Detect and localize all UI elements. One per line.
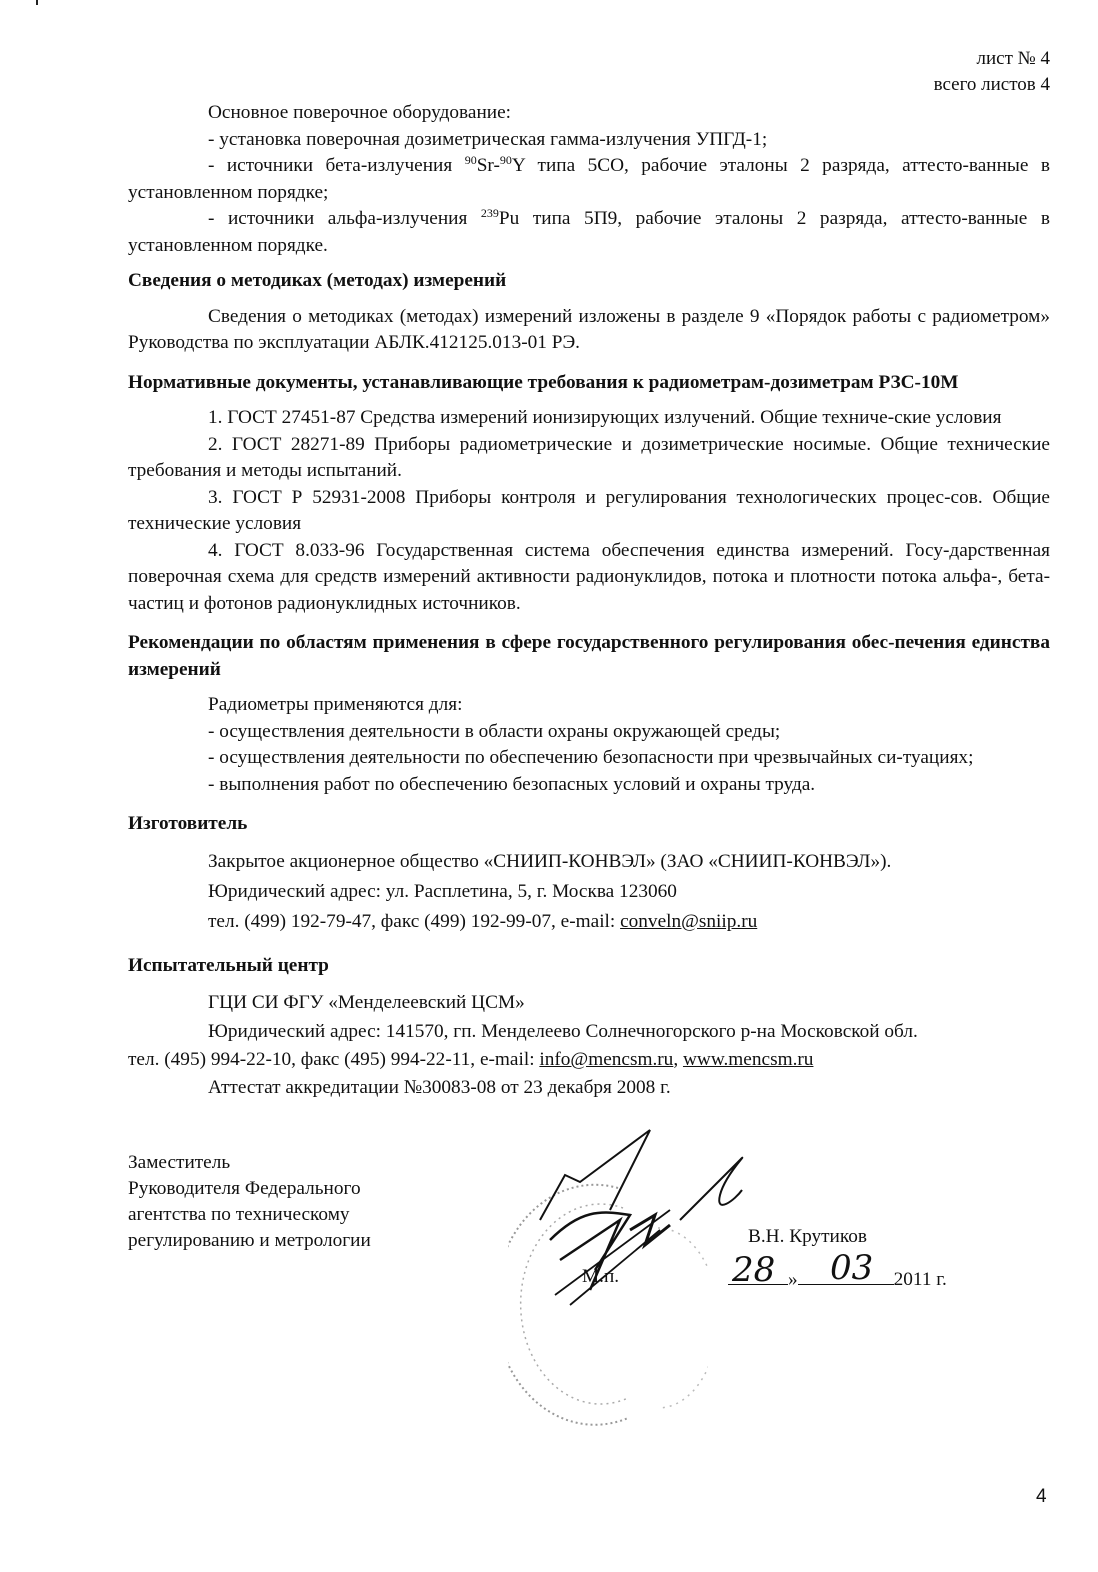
- methods-text: Сведения о методиках (методах) измерений…: [128, 304, 1050, 357]
- manufacturer-phones: тел. (499) 192-79-47, факс (499) 192-99-…: [208, 911, 620, 932]
- equipment-item-3-pre: - источники альфа-излучения: [208, 208, 481, 229]
- equipment-item-2-pre: - источники бета-излучения: [208, 155, 465, 176]
- equipment-title: Основное поверочное оборудование:: [128, 100, 1050, 127]
- norm-item-1: 1. ГОСТ 27451-87 Средства измерений иони…: [128, 405, 1050, 432]
- manufacturer-email-link[interactable]: conveln@sniip.ru: [620, 911, 757, 932]
- norm-item-4: 4. ГОСТ 8.033-96 Государственная система…: [128, 538, 1050, 618]
- manufacturer-heading: Изготовитель: [128, 811, 1050, 838]
- equipment-item-2: - источники бета-излучения 90Sr-90Y типа…: [128, 153, 1050, 206]
- test-center-contacts: тел. (495) 994-22-10, факс (495) 994-22-…: [128, 1046, 1050, 1074]
- handwritten-day: 28: [732, 1250, 775, 1290]
- document-page: лист № 4 всего листов 4 Основное повероч…: [0, 0, 1098, 1572]
- handwritten-month: 03: [830, 1248, 873, 1288]
- sheet-total: всего листов 4: [934, 72, 1050, 98]
- recommendations-intro: Радиометры применяются для:: [128, 692, 1050, 719]
- test-center-accreditation: Аттестат аккредитации №30083-08 от 23 де…: [128, 1074, 1050, 1102]
- position-line-3: агентства по техническому: [128, 1202, 371, 1228]
- signatory-name: В.Н. Крутиков: [748, 1226, 867, 1248]
- recommendations-heading: Рекомендации по областям применения в сф…: [128, 630, 1050, 683]
- equipment-item-1: - установка поверочная дозиметрическая г…: [128, 127, 1050, 154]
- recommendation-item-2: - осуществления деятельности по обеспече…: [128, 745, 1050, 772]
- recommendation-item-1: - осуществления деятельности в области о…: [128, 719, 1050, 746]
- position-line-1: Заместитель: [128, 1150, 371, 1176]
- manufacturer-name: Закрытое акционерное общество «СНИИП-КОН…: [128, 847, 1050, 877]
- stamp-place-label: М.п.: [582, 1266, 619, 1288]
- manufacturer-contacts: тел. (499) 192-79-47, факс (499) 192-99-…: [128, 907, 1050, 937]
- quote-close: »: [788, 1269, 798, 1290]
- test-center-address: Юридический адрес: 141570, гп. Менделеев…: [128, 1018, 1050, 1046]
- isotope-mass-pu: 239: [481, 206, 499, 220]
- methods-heading: Сведения о методиках (методах) измерений: [128, 268, 1050, 295]
- sheet-number: лист № 4: [976, 46, 1050, 72]
- test-center-email-link[interactable]: info@mencsm.ru: [539, 1049, 673, 1070]
- document-body: Основное поверочное оборудование: - уста…: [128, 100, 1050, 1102]
- isotope-sr: Sr-: [477, 155, 500, 176]
- norms-heading: Нормативные документы, устанавливающие т…: [128, 370, 1050, 397]
- isotope-mass-y: 90: [500, 153, 512, 167]
- position-line-4: регулированию и метрологии: [128, 1228, 371, 1254]
- test-center-heading: Испытательный центр: [128, 953, 1050, 980]
- page-number: 4: [1036, 1486, 1047, 1508]
- signature-year: 2011 г.: [894, 1269, 947, 1290]
- signatory-position: Заместитель Руководителя Федерального аг…: [128, 1150, 371, 1254]
- isotope-mass-sr: 90: [465, 153, 477, 167]
- separator: ,: [673, 1049, 683, 1070]
- position-line-2: Руководителя Федерального: [128, 1176, 371, 1202]
- equipment-item-3: - источники альфа-излучения 239Pu типа 5…: [128, 206, 1050, 259]
- norm-item-2: 2. ГОСТ 28271-89 Приборы радиометрически…: [128, 432, 1050, 485]
- test-center-website-link[interactable]: www.mencsm.ru: [683, 1049, 813, 1070]
- signature-icon: [520, 1120, 760, 1320]
- recommendation-item-3: - выполнения работ по обеспечению безопа…: [128, 772, 1050, 799]
- test-center-phones: тел. (495) 994-22-10, факс (495) 994-22-…: [128, 1049, 539, 1070]
- manufacturer-address: Юридический адрес: ул. Расплетина, 5, г.…: [128, 877, 1050, 907]
- test-center-name: ГЦИ СИ ФГУ «Менделеевский ЦСМ»: [128, 988, 1050, 1018]
- scan-mark: [36, 0, 38, 5]
- norm-item-3: 3. ГОСТ Р 52931-2008 Приборы контроля и …: [128, 485, 1050, 538]
